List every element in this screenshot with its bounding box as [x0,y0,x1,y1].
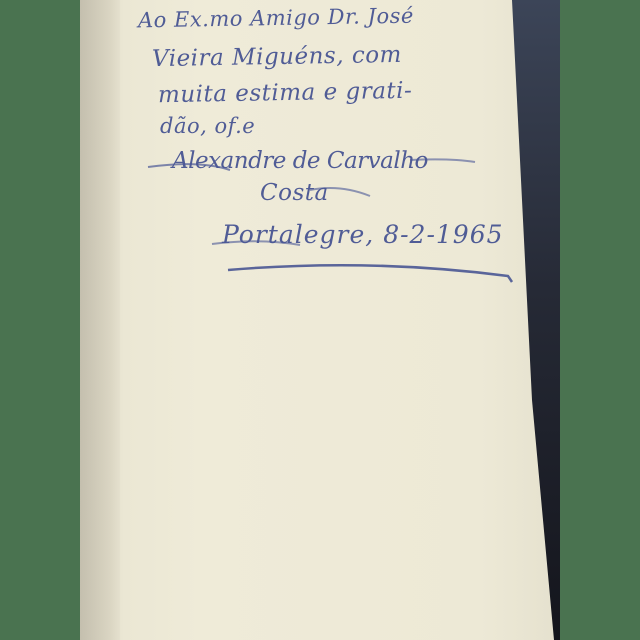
date-place: Portalegre, 8-2-1965 [222,220,504,249]
signature-name: Alexandre de Carvalho [172,148,428,174]
flyleaf-page: Ao Ex.mo Amigo Dr. José Vieira Miguéns, … [80,0,560,640]
inscription-line-3: muita estima e grati- [158,78,413,108]
page-gutter-shadow [80,0,120,640]
inscription-line-1: Ao Ex.mo Amigo Dr. José [138,4,414,33]
inscription-line-2: Vieira Miguéns, com [152,42,402,72]
signature-surname: Costa [260,180,329,206]
book-photo: Ao Ex.mo Amigo Dr. José Vieira Miguéns, … [80,0,560,640]
inscription-line-4: dão, of.e [160,114,255,138]
